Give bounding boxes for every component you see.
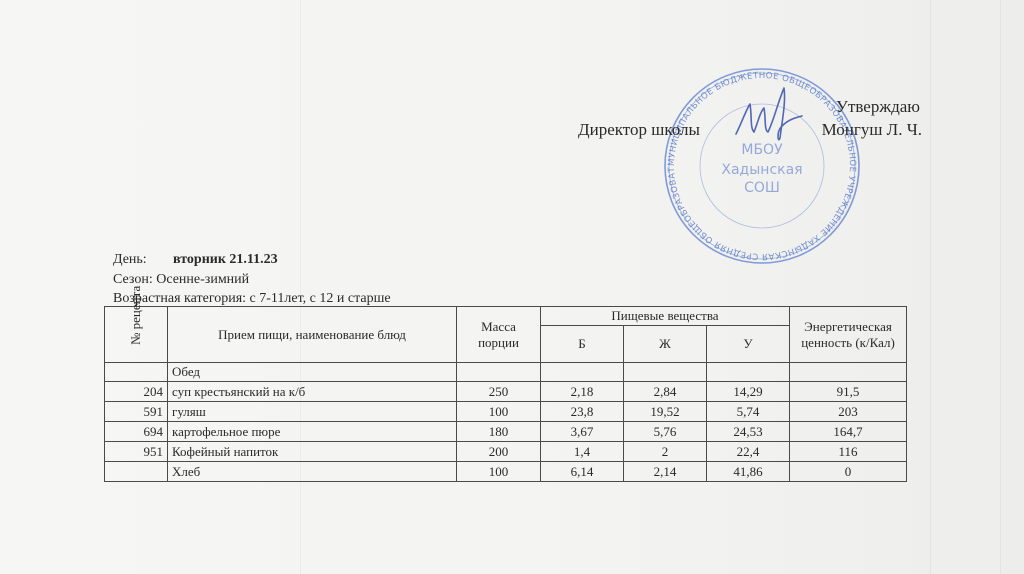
recipe-number-cell: [105, 462, 168, 482]
portion-mass-cell: 100: [457, 402, 541, 422]
section-num-cell: [105, 363, 168, 382]
director-signature-line: Директор школы Монгуш Л. Ч.: [578, 120, 922, 140]
dish-name-cell: Кофейный напиток: [168, 442, 457, 462]
dish-name-cell: картофельное пюре: [168, 422, 457, 442]
energy-cell: 116: [790, 442, 907, 462]
stamp-center-line2: Хадынская: [721, 162, 802, 178]
header-protein: Б: [541, 326, 624, 363]
fat-cell: 5,76: [624, 422, 707, 442]
scanned-document-page: МУНИЦИПАЛЬНОЕ БЮДЖЕТНОЕ ОБЩЕОБРАЗОВАТЕЛЬ…: [0, 0, 1024, 574]
dish-name-cell: суп крестьянский на к/б: [168, 382, 457, 402]
empty-cell: [790, 363, 907, 382]
table-row: 951Кофейный напиток2001,4222,4116: [105, 442, 907, 462]
energy-cell: 203: [790, 402, 907, 422]
paper-bleed-line: [930, 0, 931, 574]
protein-cell: 23,8: [541, 402, 624, 422]
protein-cell: 2,18: [541, 382, 624, 402]
empty-cell: [624, 363, 707, 382]
protein-cell: 6,14: [541, 462, 624, 482]
energy-cell: 91,5: [790, 382, 907, 402]
header-meal-name: Прием пищи, наименование блюд: [168, 307, 457, 363]
fat-cell: 2: [624, 442, 707, 462]
menu-meta: День: вторник 21.11.23 Сезон: Осенне-зим…: [113, 250, 391, 309]
carbs-cell: 5,74: [707, 402, 790, 422]
energy-cell: 164,7: [790, 422, 907, 442]
dish-name-cell: гуляш: [168, 402, 457, 422]
header-nutrients: Пищевые вещества: [541, 307, 790, 326]
empty-cell: [541, 363, 624, 382]
approval-title: Утверждаю: [836, 97, 920, 117]
paper-bleed-line: [1000, 0, 1001, 574]
menu-table: № рецепта Прием пищи, наименование блюд …: [104, 306, 907, 482]
season-line: Сезон: Осенне-зимний: [113, 270, 391, 290]
recipe-number-cell: 204: [105, 382, 168, 402]
protein-cell: 1,4: [541, 442, 624, 462]
header-carbs: У: [707, 326, 790, 363]
header-fat: Ж: [624, 326, 707, 363]
director-position: Директор школы: [578, 120, 700, 140]
table-row: Хлеб1006,142,1441,860: [105, 462, 907, 482]
empty-cell: [457, 363, 541, 382]
section-row: Обед: [105, 363, 907, 382]
portion-mass-cell: 200: [457, 442, 541, 462]
carbs-cell: 14,29: [707, 382, 790, 402]
recipe-number-cell: 951: [105, 442, 168, 462]
director-name: Монгуш Л. Ч.: [822, 120, 922, 140]
portion-mass-cell: 180: [457, 422, 541, 442]
protein-cell: 3,67: [541, 422, 624, 442]
fat-cell: 2,84: [624, 382, 707, 402]
day-label: День:: [113, 250, 173, 270]
stamp-center-line3: СОШ: [744, 180, 780, 196]
signature-icon: [728, 82, 808, 152]
header-portion-mass: Масса порции: [457, 307, 541, 363]
header-energy: Энергетическая ценность (к/Кал): [790, 307, 907, 363]
fat-cell: 2,14: [624, 462, 707, 482]
table-row: 204суп крестьянский на к/б2502,182,8414,…: [105, 382, 907, 402]
recipe-number-cell: 591: [105, 402, 168, 422]
carbs-cell: 24,53: [707, 422, 790, 442]
carbs-cell: 41,86: [707, 462, 790, 482]
empty-cell: [707, 363, 790, 382]
header-recipe-number-text: № рецепта: [129, 325, 143, 345]
portion-mass-cell: 100: [457, 462, 541, 482]
dish-name-cell: Хлеб: [168, 462, 457, 482]
table-row: 591гуляш10023,819,525,74203: [105, 402, 907, 422]
recipe-number-cell: 694: [105, 422, 168, 442]
table-header-row: № рецепта Прием пищи, наименование блюд …: [105, 307, 907, 326]
carbs-cell: 22,4: [707, 442, 790, 462]
day-value: вторник 21.11.23: [173, 250, 278, 270]
section-title: Обед: [168, 363, 457, 382]
table-row: 694картофельное пюре1803,675,7624,53164,…: [105, 422, 907, 442]
portion-mass-cell: 250: [457, 382, 541, 402]
energy-cell: 0: [790, 462, 907, 482]
day-row: День: вторник 21.11.23: [113, 250, 391, 270]
fat-cell: 19,52: [624, 402, 707, 422]
header-recipe-number: № рецепта: [105, 307, 168, 363]
